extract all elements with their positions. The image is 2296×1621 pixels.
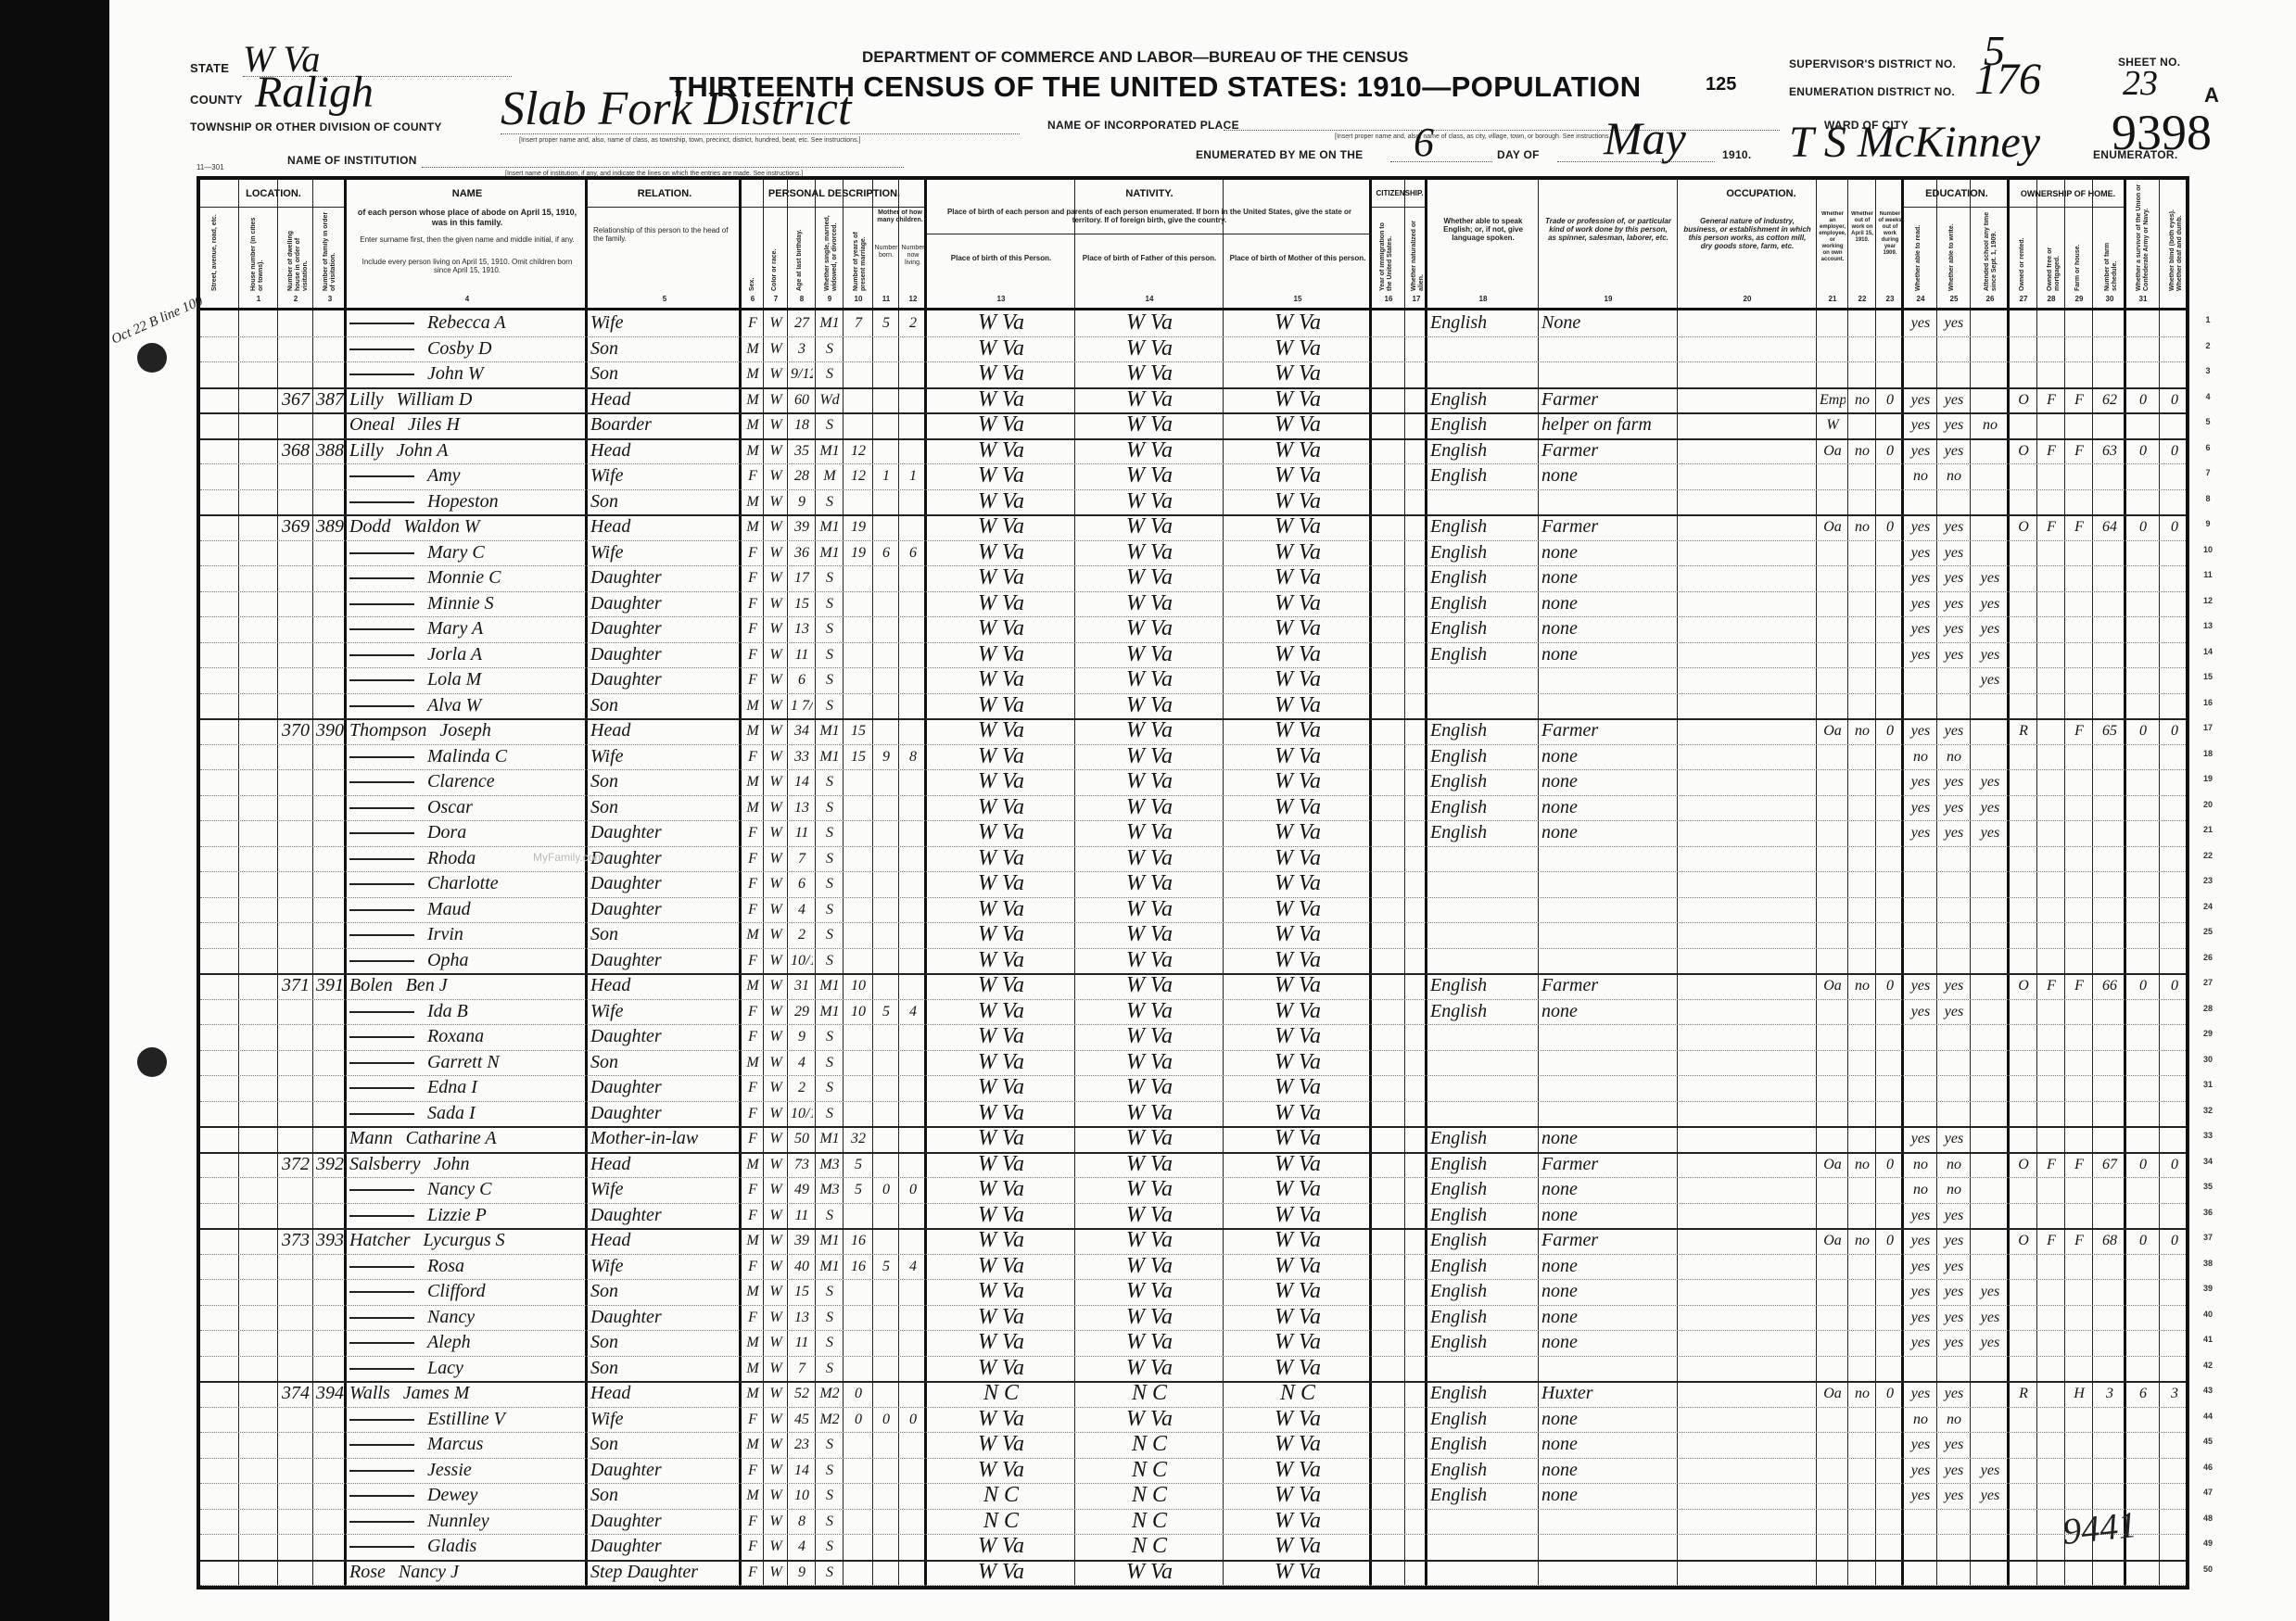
cell-employ	[1820, 744, 1846, 770]
cell-dwelling	[281, 489, 311, 515]
cell-language: English	[1430, 616, 1536, 642]
cell-born	[876, 1483, 896, 1509]
cell-out-work	[1851, 1330, 1873, 1356]
cell-name: Sada I	[349, 1101, 585, 1127]
cell-trade: Farmer	[1541, 387, 1675, 413]
table-row: OscarSonMW13SW VaW VaW VaEnglishnoneyesy…	[200, 795, 2186, 822]
cell-bp-father: W Va	[1078, 871, 1221, 897]
cell-free	[2040, 361, 2062, 387]
cell-blind	[2163, 565, 2187, 591]
cell-dwelling	[281, 412, 311, 438]
cell-survivor	[2129, 1075, 2157, 1101]
cell-bp-father: W Va	[1078, 922, 1221, 948]
cell-employ	[1820, 1356, 1846, 1382]
cell-family: 390	[316, 718, 344, 744]
cell-language: English	[1430, 1407, 1536, 1433]
cell-read: no	[1907, 1407, 1934, 1433]
cell-bp-person: W Va	[930, 1228, 1072, 1254]
cell-sex: M	[744, 1279, 761, 1305]
cell-write: yes	[1940, 1432, 1968, 1458]
cell-name: Hopeston	[349, 489, 585, 515]
cell-dwelling	[281, 948, 311, 974]
cell-schedule: 3	[2096, 1381, 2124, 1407]
cell-relation: Daughter	[590, 1534, 739, 1560]
cell-weeks	[1879, 489, 1901, 515]
cell-marital: Wd	[818, 387, 841, 413]
cell-surname: Salsberry	[349, 1154, 421, 1174]
cell-school	[1973, 1509, 2007, 1535]
cell-given-name: Mary C	[427, 542, 485, 563]
cell-sex: M	[744, 1432, 761, 1458]
cell-born	[876, 361, 896, 387]
cell-out-work	[1851, 769, 1873, 795]
cell-born	[876, 642, 896, 668]
cell-living	[902, 1101, 924, 1127]
cell-bp-mother: W Va	[1226, 565, 1369, 591]
cell-schedule	[2096, 1356, 2124, 1382]
cell-own: O	[2012, 1152, 2035, 1178]
cell-given-name: Maud	[427, 899, 471, 919]
cell-given-name: Lacy	[427, 1358, 463, 1378]
cell-living	[902, 1483, 924, 1509]
cell-marital: S	[818, 1075, 841, 1101]
cell-sex: F	[744, 1075, 761, 1101]
cell-bp-person: W Va	[930, 642, 1072, 668]
cell-school	[1973, 1534, 2007, 1560]
cell-name: John W	[349, 361, 585, 387]
cell-bp-father: N C	[1078, 1534, 1221, 1560]
cell-age: 2	[791, 922, 813, 948]
cell-free	[2040, 1101, 2062, 1127]
institution-label: NAME OF INSTITUTION	[287, 154, 417, 167]
cell-trade: none	[1541, 1203, 1675, 1229]
cell-given-name: Clifford	[427, 1281, 486, 1301]
cell-employ	[1820, 1279, 1846, 1305]
cell-given-name: Charlotte	[427, 873, 499, 893]
cell-schedule	[2096, 795, 2124, 821]
cell-relation: Son	[590, 1050, 739, 1076]
cell-family	[316, 1177, 344, 1203]
cell-relation: Daughter	[590, 1101, 739, 1127]
cell-yrs-married: 7	[846, 310, 870, 336]
cell-write	[1940, 667, 1968, 693]
cell-bp-father: W Va	[1078, 540, 1221, 566]
cell-out-work	[1851, 361, 1873, 387]
cell-farm	[2068, 489, 2090, 515]
cell-yrs-married: 5	[846, 1152, 870, 1178]
cell-free	[2040, 1050, 2062, 1076]
column-number: 20	[1678, 295, 1817, 308]
cell-marital: S	[818, 361, 841, 387]
cell-living: 0	[902, 1407, 924, 1433]
cell-race: W	[767, 438, 785, 464]
cell-age: 45	[791, 1407, 813, 1433]
cell-schedule	[2096, 1330, 2124, 1356]
cell-bp-person: W Va	[930, 1330, 1072, 1356]
cell-survivor	[2129, 1305, 2157, 1331]
cell-read: no	[1907, 463, 1934, 489]
cell-free	[2040, 336, 2062, 362]
cell-race: W	[767, 1126, 785, 1152]
cell-language: English	[1430, 540, 1536, 566]
cell-read: yes	[1907, 1203, 1934, 1229]
cell-name: WallsJames M	[349, 1381, 585, 1407]
cell-own	[2012, 591, 2035, 617]
cell-industry	[1681, 922, 1814, 948]
cell-farm	[2068, 1330, 2090, 1356]
cell-out-work	[1851, 1101, 1873, 1127]
cell-name: Oscar	[349, 795, 585, 821]
cell-born	[876, 1050, 896, 1076]
cell-given-name: Clarence	[427, 771, 495, 792]
cell-age: 9/12	[791, 361, 813, 387]
cell-out-work	[1851, 412, 1873, 438]
cell-farm	[2068, 846, 2090, 872]
cell-farm	[2068, 871, 2090, 897]
cell-free: F	[2040, 514, 2062, 540]
hdr-employer: Whether an employer, employee, or workin…	[1819, 211, 1846, 263]
ditto-dash	[349, 1495, 414, 1497]
column-number: 21	[1817, 295, 1848, 308]
cell-own	[2012, 1509, 2035, 1535]
cell-name: RoseNancy J	[349, 1560, 585, 1586]
ditto-dash	[349, 1317, 414, 1319]
cell-family	[316, 871, 344, 897]
cell-survivor	[2129, 336, 2157, 362]
cell-dwelling	[281, 540, 311, 566]
cell-read	[1907, 336, 1934, 362]
cell-bp-mother: W Va	[1226, 1101, 1369, 1127]
cell-school	[1973, 871, 2007, 897]
cell-trade	[1541, 846, 1675, 872]
cell-bp-person: W Va	[930, 310, 1072, 336]
cell-farm	[2068, 1177, 2090, 1203]
cell-trade: none	[1541, 769, 1675, 795]
cell-survivor: 0	[2129, 718, 2157, 744]
cell-free	[2040, 540, 2062, 566]
cell-born	[876, 1381, 896, 1407]
cell-industry	[1681, 438, 1814, 464]
table-row: IrvinSonMW2SW VaW VaW Va	[200, 922, 2186, 949]
cell-weeks	[1879, 336, 1901, 362]
cell-dwelling: 368	[281, 438, 311, 464]
cell-dwelling	[281, 1305, 311, 1331]
cell-bp-mother: W Va	[1226, 361, 1369, 387]
table-row: Mary CWifeFW36M11966W VaW VaW VaEnglishn…	[200, 540, 2186, 567]
cell-family	[316, 795, 344, 821]
cell-name: Nancy C	[349, 1177, 585, 1203]
line-number: 38	[2195, 1259, 2221, 1268]
cell-name: Ida B	[349, 999, 585, 1025]
cell-age: 31	[791, 973, 813, 999]
cell-yrs-married: 12	[846, 438, 870, 464]
cell-write: yes	[1940, 591, 1968, 617]
cell-own: O	[2012, 387, 2035, 413]
cell-survivor	[2129, 540, 2157, 566]
cell-age: 50	[791, 1126, 813, 1152]
cell-born	[876, 1152, 896, 1178]
cell-weeks	[1879, 948, 1901, 974]
cell-sex: F	[744, 1407, 761, 1433]
ditto-dash	[349, 552, 414, 554]
cell-relation: Step Daughter	[590, 1560, 739, 1586]
cell-write: yes	[1940, 310, 1968, 336]
cell-living	[902, 718, 924, 744]
cell-free	[2040, 1483, 2062, 1509]
cell-sex: M	[744, 489, 761, 515]
cell-bp-father: W Va	[1078, 846, 1221, 872]
cell-relation: Son	[590, 489, 739, 515]
cell-school	[1973, 540, 2007, 566]
cell-out-work	[1851, 1483, 1873, 1509]
cell-out-work: no	[1851, 514, 1873, 540]
cell-employ: Oa	[1820, 718, 1846, 744]
cell-industry	[1681, 795, 1814, 821]
ditto-dash	[349, 1011, 414, 1013]
cell-school	[1973, 999, 2007, 1025]
column-number: 27	[2010, 295, 2037, 308]
cell-living: 1	[902, 463, 924, 489]
cell-weeks	[1879, 565, 1901, 591]
cell-race: W	[767, 820, 785, 846]
cell-yrs-married: 5	[846, 1177, 870, 1203]
cell-school: yes	[1973, 1279, 2007, 1305]
cell-sex: M	[744, 1152, 761, 1178]
cell-sex: F	[744, 744, 761, 770]
table-row: 369389DoddWaldon WHeadMW39M119W VaW VaW …	[200, 514, 2186, 541]
cell-bp-person: W Va	[930, 1458, 1072, 1484]
cell-trade: Farmer	[1541, 438, 1675, 464]
cell-name: Opha	[349, 948, 585, 974]
cell-bp-mother: W Va	[1226, 693, 1369, 719]
cell-farm	[2068, 667, 2090, 693]
hdr-school: Attended school any time since Sept. 1, …	[1984, 211, 1998, 291]
cell-school	[1973, 489, 2007, 515]
table-row: RoseNancy JStep DaughterFW9SW VaW VaW Va	[200, 1560, 2186, 1587]
cell-schedule	[2096, 1203, 2124, 1229]
cell-employ	[1820, 1330, 1846, 1356]
cell-yrs-married	[846, 1432, 870, 1458]
cell-age: 11	[791, 820, 813, 846]
column-number: 31	[2126, 295, 2160, 308]
cell-blind	[2163, 1305, 2187, 1331]
cell-relation: Son	[590, 1432, 739, 1458]
cell-farm	[2068, 1305, 2090, 1331]
cell-bp-father: W Va	[1078, 769, 1221, 795]
column-number: 6	[742, 295, 764, 308]
cell-name: Alva W	[349, 693, 585, 719]
cell-given-name: John W	[427, 363, 484, 384]
cell-employ: Oa	[1820, 973, 1846, 999]
cell-farm	[2068, 310, 2090, 336]
cell-race: W	[767, 744, 785, 770]
line-number: 45	[2195, 1437, 2221, 1446]
cell-farm: F	[2068, 514, 2090, 540]
cell-industry	[1681, 1177, 1814, 1203]
cell-bp-father: W Va	[1078, 642, 1221, 668]
cell-trade: none	[1541, 1432, 1675, 1458]
cell-marital: M1	[818, 310, 841, 336]
cell-born	[876, 718, 896, 744]
cell-write: yes	[1940, 1381, 1968, 1407]
cell-race: W	[767, 795, 785, 821]
cell-write: yes	[1940, 795, 1968, 821]
cell-farm	[2068, 922, 2090, 948]
cell-employ	[1820, 999, 1846, 1025]
table-row: 370390ThompsonJosephHeadMW34M115W VaW Va…	[200, 718, 2186, 745]
cell-relation: Son	[590, 795, 739, 821]
cell-language	[1430, 948, 1536, 974]
cell-bp-father: W Va	[1078, 1407, 1221, 1433]
cell-read: yes	[1907, 973, 1934, 999]
cell-industry	[1681, 361, 1814, 387]
cell-marital: M1	[818, 540, 841, 566]
cell-relation: Daughter	[590, 667, 739, 693]
cell-weeks	[1879, 795, 1901, 821]
cell-survivor	[2129, 463, 2157, 489]
cell-family	[316, 769, 344, 795]
cell-sex: F	[744, 591, 761, 617]
cell-farm: F	[2068, 387, 2090, 413]
column-number: 2	[278, 295, 313, 308]
cell-yrs-married	[846, 1279, 870, 1305]
cell-age: 23	[791, 1432, 813, 1458]
cell-family	[316, 820, 344, 846]
line-number: 20	[2195, 800, 2221, 809]
cell-weeks	[1879, 616, 1901, 642]
cell-marital: S	[818, 897, 841, 923]
cell-free	[2040, 1024, 2062, 1050]
cell-given-name: James M	[403, 1383, 470, 1403]
cell-farm: F	[2068, 438, 2090, 464]
cell-relation: Wife	[590, 999, 739, 1025]
cell-weeks	[1879, 1177, 1901, 1203]
cell-school	[1973, 718, 2007, 744]
cell-given-name: Waldon W	[403, 516, 479, 537]
cell-sex: M	[744, 1228, 761, 1254]
cell-relation: Daughter	[590, 820, 739, 846]
cell-dwelling	[281, 1330, 311, 1356]
cell-own	[2012, 871, 2035, 897]
cell-living	[902, 1075, 924, 1101]
cell-yrs-married	[846, 616, 870, 642]
table-row: MannCatharine AMother-in-lawFW50M132W Va…	[200, 1126, 2186, 1154]
cell-dwelling	[281, 1024, 311, 1050]
cell-sex: F	[744, 1024, 761, 1050]
cell-read	[1907, 667, 1934, 693]
cell-bp-father: W Va	[1078, 1254, 1221, 1280]
cell-born: 5	[876, 310, 896, 336]
cell-industry	[1681, 718, 1814, 744]
hdr-family: Number of family in order of visitation.	[323, 211, 337, 291]
cell-language: English	[1430, 973, 1536, 999]
cell-blind	[2163, 1407, 2187, 1433]
cell-own	[2012, 1432, 2035, 1458]
cell-weeks: 0	[1879, 718, 1901, 744]
cell-living	[902, 565, 924, 591]
cell-age: 14	[791, 769, 813, 795]
cell-trade: none	[1541, 1254, 1675, 1280]
cell-trade: none	[1541, 1177, 1675, 1203]
cell-family	[316, 1126, 344, 1152]
cell-born	[876, 846, 896, 872]
cell-born	[876, 922, 896, 948]
cell-free	[2040, 693, 2062, 719]
cell-marital: S	[818, 948, 841, 974]
table-row: Lola MDaughterFW6SW VaW VaW Vayes	[200, 667, 2186, 694]
cell-free	[2040, 1075, 2062, 1101]
cell-own	[2012, 948, 2035, 974]
cell-race: W	[767, 1050, 785, 1076]
line-number: 16	[2195, 698, 2221, 707]
cell-race: W	[767, 1228, 785, 1254]
cell-employ	[1820, 667, 1846, 693]
cell-trade: Farmer	[1541, 973, 1675, 999]
cell-relation: Mother-in-law	[590, 1126, 739, 1152]
cell-industry	[1681, 1254, 1814, 1280]
cell-employ	[1820, 846, 1846, 872]
hdr-years-married: Number of years of present marriage.	[853, 211, 868, 291]
line-number: 6	[2195, 443, 2221, 452]
enumerator-name: T S McKinney	[1789, 117, 2040, 168]
line-number: 37	[2195, 1233, 2221, 1242]
cell-sex: M	[744, 336, 761, 362]
cell-yrs-married: 15	[846, 718, 870, 744]
cell-write: yes	[1940, 1330, 1968, 1356]
cell-language: English	[1430, 1228, 1536, 1254]
cell-race: W	[767, 948, 785, 974]
cell-language	[1430, 336, 1536, 362]
cell-age: 39	[791, 514, 813, 540]
cell-weeks	[1879, 1534, 1901, 1560]
cell-marital: S	[818, 1458, 841, 1484]
cell-write: yes	[1940, 565, 1968, 591]
cell-family	[316, 1432, 344, 1458]
cell-free	[2040, 1177, 2062, 1203]
ditto-dash	[349, 1036, 414, 1038]
cell-age: 13	[791, 795, 813, 821]
cell-free: F	[2040, 387, 2062, 413]
cell-name: Nancy	[349, 1305, 585, 1331]
ditto-dash	[349, 475, 414, 477]
cell-out-work	[1851, 1254, 1873, 1280]
cell-schedule	[2096, 463, 2124, 489]
cell-survivor: 0	[2129, 1228, 2157, 1254]
cell-given-name: Aleph	[427, 1332, 471, 1352]
cell-schedule	[2096, 1075, 2124, 1101]
cell-living	[902, 820, 924, 846]
cell-given-name: Gladis	[427, 1536, 476, 1556]
cell-marital: S	[818, 1560, 841, 1586]
cell-race: W	[767, 1407, 785, 1433]
cell-employ	[1820, 591, 1846, 617]
ditto-dash	[349, 705, 414, 707]
cell-given-name: Nancy	[427, 1307, 475, 1327]
cell-surname: Thompson	[349, 720, 426, 741]
cell-bp-mother: W Va	[1226, 1432, 1369, 1458]
hdr-name-main: of each person whose place of abode on A…	[354, 208, 580, 228]
cell-trade: none	[1541, 642, 1675, 668]
cell-marital: S	[818, 871, 841, 897]
cell-relation: Son	[590, 693, 739, 719]
cell-born	[876, 591, 896, 617]
cell-own	[2012, 1483, 2035, 1509]
cell-write: yes	[1940, 438, 1968, 464]
table-row: Nancy CWifeFW49M3500W VaW VaW VaEnglishn…	[200, 1177, 2186, 1204]
cell-free	[2040, 565, 2062, 591]
ditto-dash	[349, 348, 414, 350]
cell-school: yes	[1973, 1330, 2007, 1356]
